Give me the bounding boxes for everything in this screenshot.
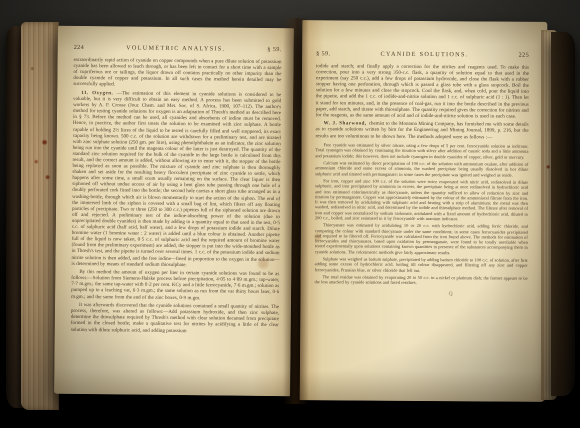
left-page-number: 224 <box>74 44 85 51</box>
left-running-title: VOLUMETRIC ANALYSIS. <box>126 44 225 52</box>
paragraph: Calcium was estimated by direct precipit… <box>315 160 528 177</box>
paragraph: 11. Oxygen. —The estimation of this elem… <box>71 91 281 270</box>
left-page: 224 VOLUMETRIC ANALYSIS. § 59. extraordi… <box>54 26 294 396</box>
left-section-ref: § 59. <box>267 46 281 53</box>
right-running-head: § 59. CYANIDE SOLUTIONS. 225 <box>316 50 529 58</box>
signature-mark: Q <box>449 291 528 298</box>
paragraph: Thiocyanate was estimated by acidulating… <box>315 223 528 256</box>
paragraph: iodide and starch; and finally apply a c… <box>316 64 529 120</box>
left-page-content: 224 VOLUMETRIC ANALYSIS. § 59. extraordi… <box>54 26 294 396</box>
left-running-head: 224 VOLUMETRIC ANALYSIS. § 59. <box>74 44 282 53</box>
book-photograph: 224 VOLUMETRIC ANALYSIS. § 59. extraordi… <box>0 0 580 428</box>
right-page-content: § 59. CYANIDE SOLUTIONS. 225 iodide and … <box>300 20 548 402</box>
paragraph: For iron, copper and zinc 100 c.c. of th… <box>315 178 528 222</box>
right-section-ref: § 59. <box>316 50 330 57</box>
paragraph: By this method the amount of oxygen per … <box>71 270 279 303</box>
left-page-fore-edge <box>21 22 59 410</box>
paragraph: The total residue was obtained by evapor… <box>314 274 527 286</box>
right-cover-board-edge <box>551 32 575 396</box>
paragraph: Free cyanide was estimated by silver nit… <box>315 142 528 159</box>
right-page-body: iodide and starch; and finally apply a c… <box>314 64 529 286</box>
right-page: § 59. CYANIDE SOLUTIONS. 225 iodide and … <box>300 20 548 402</box>
left-page-body: extraordinarily rapid action of cyanide … <box>71 58 282 336</box>
right-running-title: CYANIDE SOLUTIONS. <box>380 51 468 59</box>
paragraph: extraordinarily rapid action of cyanide … <box>73 58 281 91</box>
open-book: 224 VOLUMETRIC ANALYSIS. § 59. extraordi… <box>0 0 580 428</box>
paragraph: Sulphate was weighed as barium sulphate,… <box>315 256 528 273</box>
paragraph: W. J. Sharwood, chemist to the Montana M… <box>315 122 528 142</box>
right-page-number: 225 <box>519 52 530 59</box>
paragraph: It was afterwards discovered that the cy… <box>71 303 279 336</box>
